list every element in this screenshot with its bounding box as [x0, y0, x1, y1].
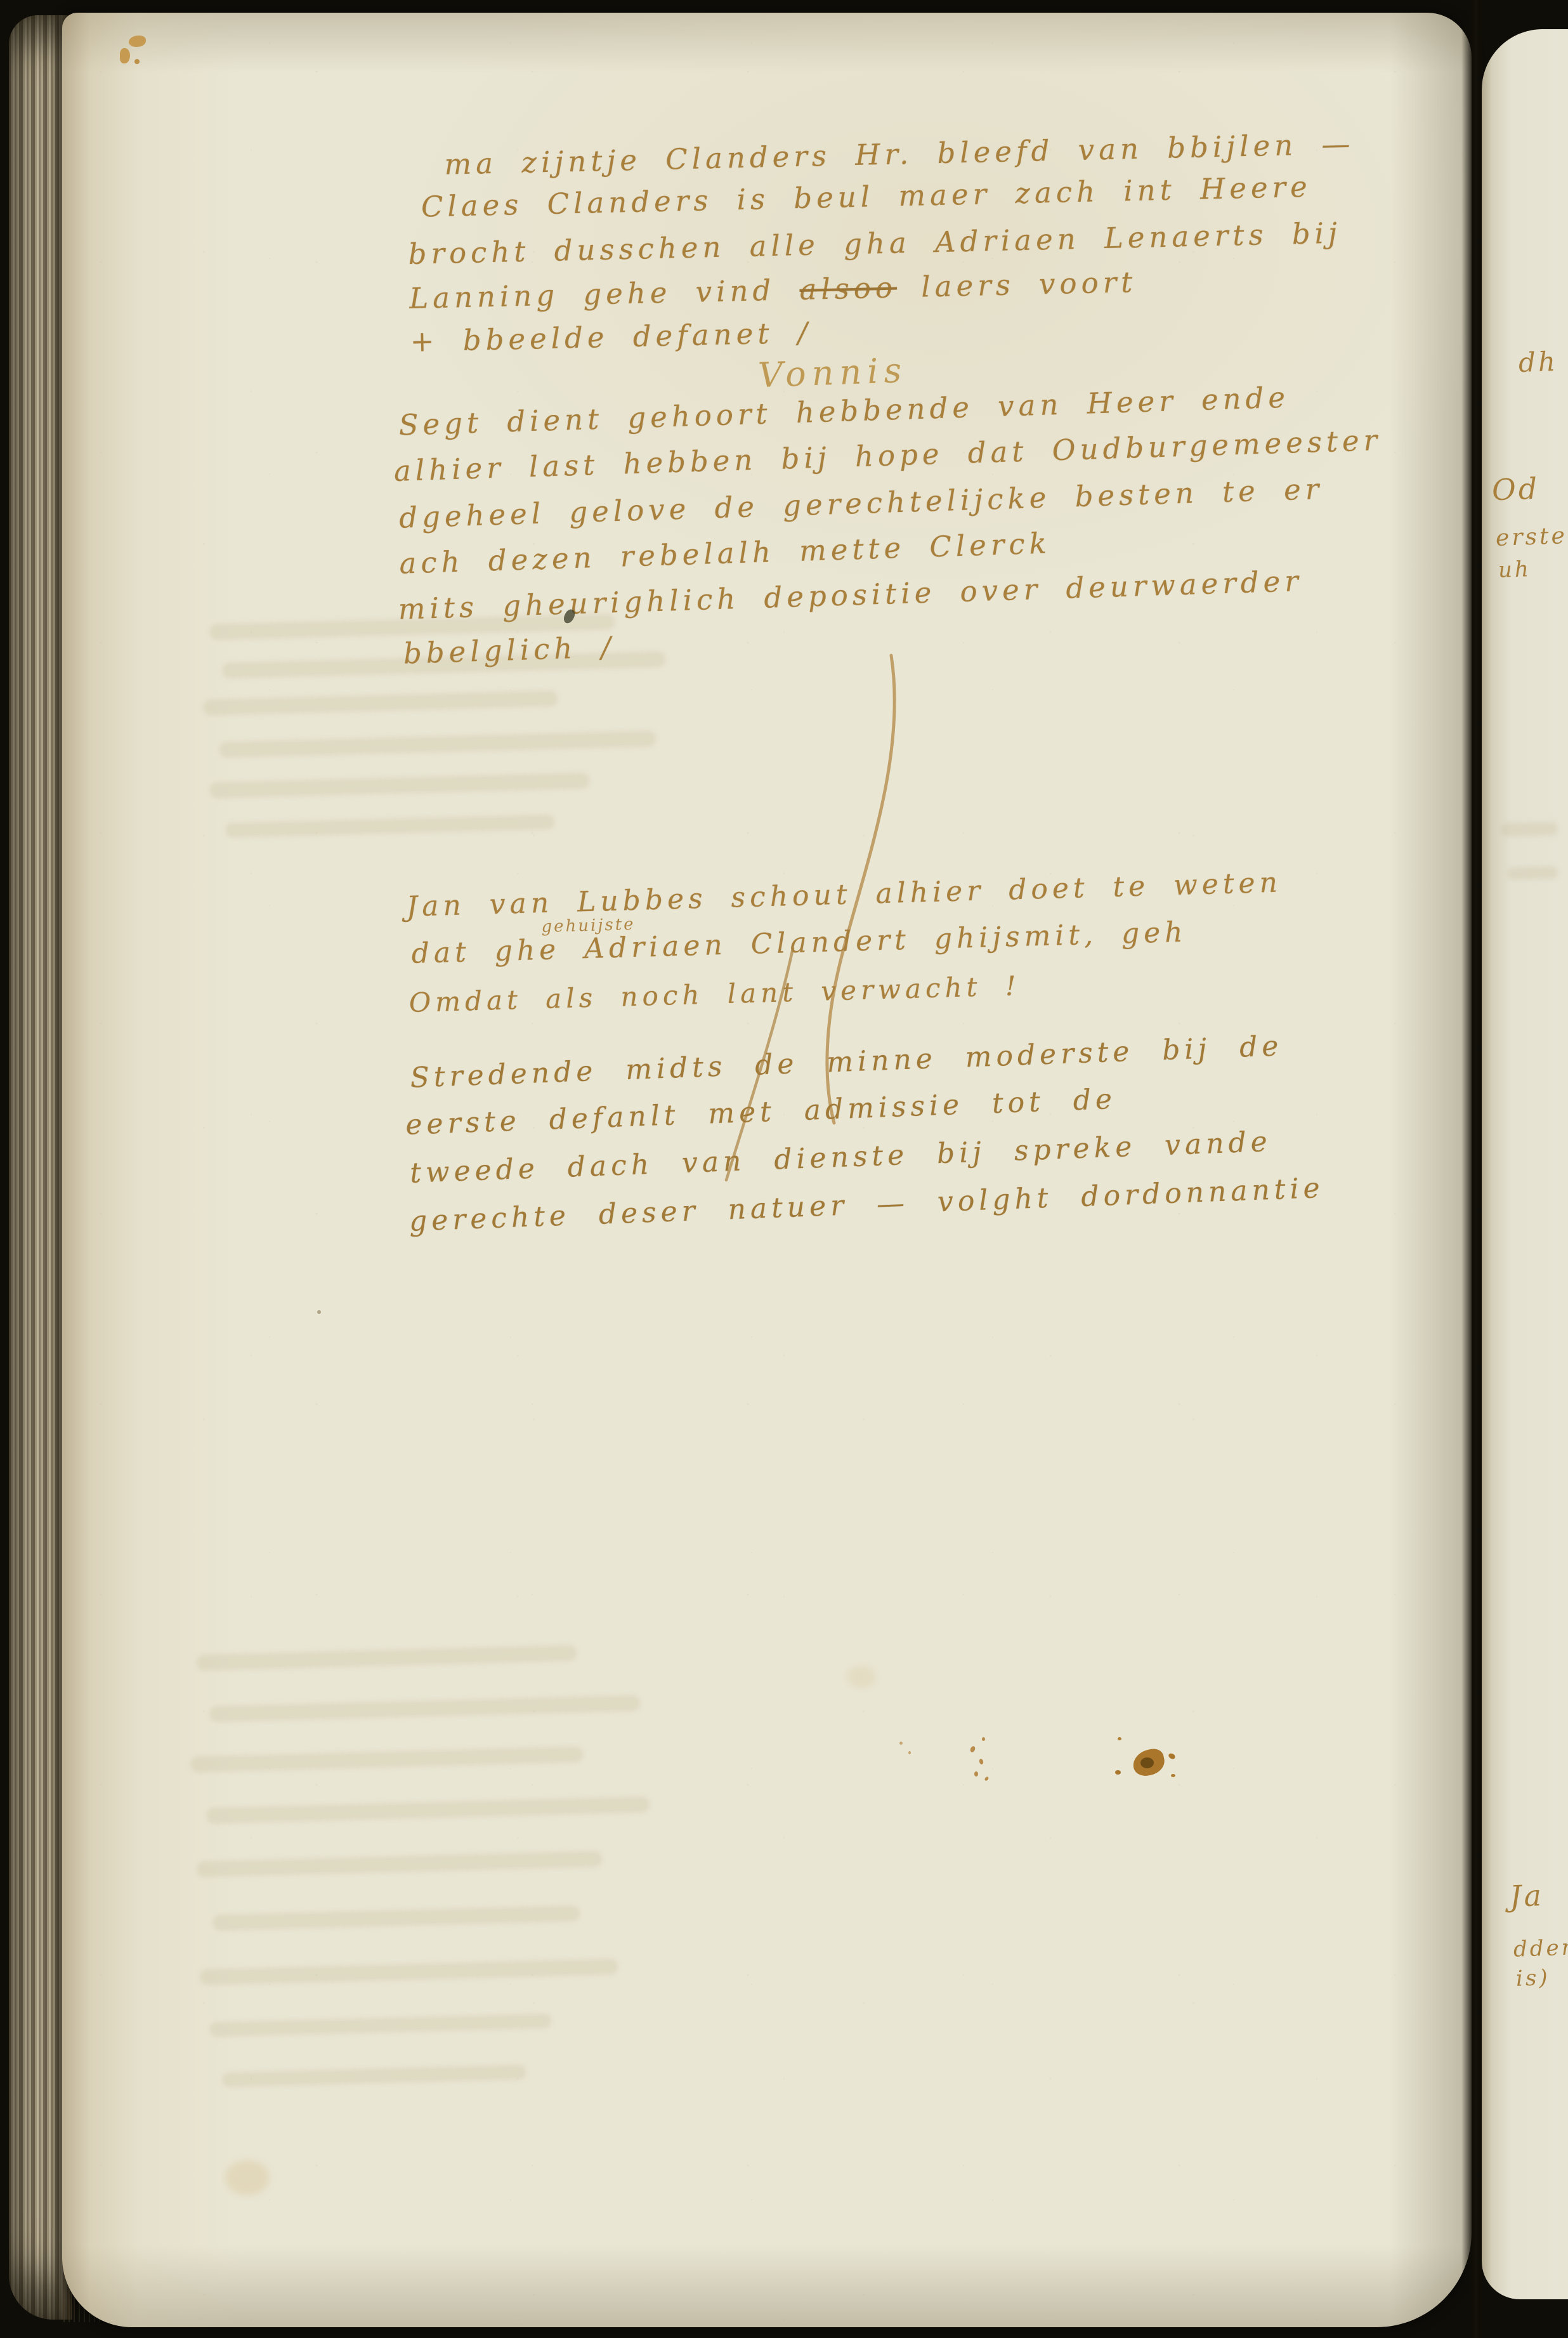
manuscript-line: dat ghe Adriaen Clandert ghijsmit, geh	[411, 919, 1187, 968]
paragraph-3: Jan van Lubbes schout alhier doet te wet…	[406, 865, 1399, 1032]
ink-blot-satellite	[1115, 1770, 1121, 1775]
ink-blot-satellite	[1118, 1737, 1121, 1740]
manuscript-line: + bbeelde defanet /	[410, 319, 812, 356]
manuscript-fragment: Ja	[1509, 1878, 1545, 1914]
strikethrough-word: alsoo	[799, 271, 898, 306]
ink-blot-core	[1140, 1757, 1154, 1768]
section-heading: Vonnis	[757, 350, 908, 395]
speck	[974, 1771, 978, 1776]
manuscript-line: Claes Clanders is beul maer zach int Hee…	[421, 173, 1312, 221]
show-through-ghost	[1507, 866, 1558, 880]
paragraph-1: ma zijntje Clanders Hr. bleefd van bbijl…	[406, 128, 1425, 367]
manuscript-fragment: dden	[1513, 1934, 1568, 1962]
paper-stain	[847, 1665, 876, 1688]
line-segment: laers voort	[896, 265, 1137, 305]
manuscript-fragment: uh	[1498, 556, 1531, 583]
paragraph-4: Stredende midts de minne moderste bij de…	[403, 1027, 1437, 1255]
manuscript-line: Lanning gehe vind alsoo laers voort	[409, 268, 1137, 313]
speck	[908, 1751, 911, 1754]
ink-spot	[134, 59, 140, 64]
manuscript-line: ach dezen rebelalh mette Clerck	[399, 529, 1052, 577]
speck	[899, 1742, 903, 1745]
paper-stain	[225, 2160, 270, 2195]
manuscript-fragment: erste	[1495, 523, 1567, 551]
manuscript-photograph: { "document": { "kind": "17th-century ha…	[0, 0, 1568, 2338]
manuscript-fragment: Od	[1491, 471, 1540, 508]
speck	[982, 1737, 985, 1741]
line-segment: Lanning gehe vind	[409, 273, 800, 315]
manuscript-line: Omdat als noch lant verwacht !	[408, 973, 1021, 1016]
manuscript-fragment: dh	[1518, 346, 1558, 378]
speck	[317, 1310, 321, 1314]
manuscript-fragment: is)	[1515, 1965, 1550, 1992]
manuscript-line: bbelglich /	[403, 633, 615, 667]
manuscript-line: eerste defanlt met admissie tot de	[405, 1086, 1117, 1139]
facing-page-sliver: dh Od erste uh Ja dden is)	[1482, 29, 1568, 2299]
manuscript-line: brocht dusschen alle gha Adriaen Lenaert…	[408, 219, 1342, 268]
ink-blot-satellite	[1171, 1774, 1175, 1777]
show-through-ghost	[1501, 822, 1558, 837]
paragraph-2: Segt dient gehoort hebbende van Heer end…	[392, 379, 1427, 678]
